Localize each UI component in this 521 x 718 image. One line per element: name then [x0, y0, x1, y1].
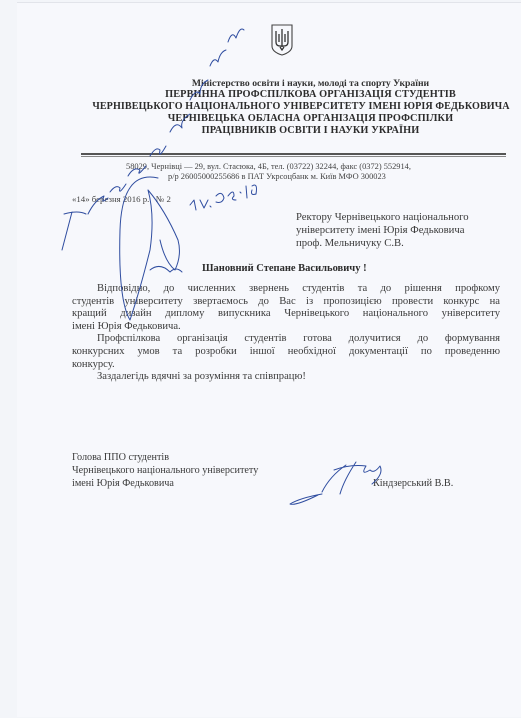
date-and-number: «14» березня 2016 р. № 2: [72, 194, 171, 204]
signature-block: Голова ППО студентів Чернівецького націо…: [72, 451, 258, 490]
salutation: Шановний Степане Васильовичу !: [202, 263, 367, 274]
recipient-line-3: проф. Мельничуку С.В.: [296, 237, 469, 250]
paragraph-3-line-1: Заздалегідь вдячні за розуміння та співп…: [72, 371, 500, 384]
paragraph-1-line-4: імені Юрія Федьковича.: [72, 321, 500, 334]
address-line-1: 58029, Чернівці — 29, вул. Стасюка, 4Б, …: [126, 162, 411, 171]
signatory-title-1: Голова ППО студентів: [72, 451, 258, 464]
signatory-title-3: імені Юрія Федьковича: [72, 477, 258, 490]
ukraine-trident-icon: [271, 24, 293, 56]
signatory-name: Кіндзерський В.В.: [373, 477, 453, 490]
paragraph-1-line-2: студентів університету звертаємось до Ва…: [72, 296, 500, 309]
ministry-line: Міністерство освіти і науки, молоді та с…: [100, 78, 521, 89]
recipient-line-1: Ректору Чернівецького національного: [296, 211, 469, 224]
org-line-1: ПЕРВИННА ПРОФСПІЛКОВА ОРГАНІЗАЦІЯ СТУДЕН…: [100, 89, 521, 100]
signatory-title-2: Чернівецького національного університету: [72, 464, 258, 477]
paragraph-2-line-2: конкурсних умов та розробки іншої необхі…: [72, 346, 500, 359]
letter-body: Відповідно, до численних звернень студен…: [72, 283, 500, 384]
paragraph-1-line-3: кращий дизайн диплому випускника Черніве…: [72, 308, 500, 321]
paragraph-2-line-3: конкурсу.: [72, 359, 500, 372]
header-rule: [81, 153, 506, 155]
recipient-line-2: університету імені Юрія Федьковича: [296, 224, 469, 237]
address-line-2: р/р 26005000255686 в ПАТ Укрсоцбанк м. К…: [168, 172, 386, 181]
org-line-2: ЧЕРНІВЕЦЬКОГО НАЦІОНАЛЬНОГО УНІВЕРСИТЕТУ…: [81, 101, 521, 112]
paragraph-1-line-1: Відповідно, до численних звернень студен…: [72, 283, 500, 296]
header-rule-thin: [81, 156, 506, 157]
org-line-3: ЧЕРНІВЕЦЬКА ОБЛАСНА ОРГАНІЗАЦІЯ ПРОФСПІЛ…: [100, 113, 521, 124]
org-line-4: ПРАЦІВНИКІВ ОСВІТИ І НАУКИ УКРАЇНИ: [100, 125, 521, 136]
recipient-block: Ректору Чернівецького національного унів…: [296, 211, 469, 250]
paragraph-2-line-1: Профспілкова організація студентів готов…: [72, 333, 500, 346]
